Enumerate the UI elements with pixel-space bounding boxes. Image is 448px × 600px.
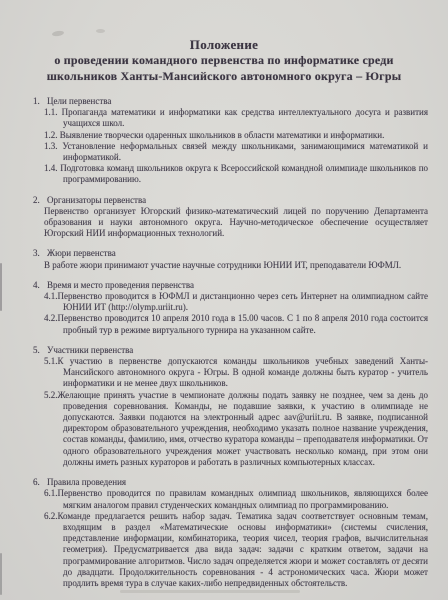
subsection-item: 1.4. Подготовка команд школьников округа… [44, 163, 428, 185]
subsection-text: Желающие принять участие в чемпионате до… [58, 390, 429, 467]
subsection-number: 1.4. [44, 163, 60, 173]
subsection-text: Первенство проводится по правилам команд… [58, 488, 429, 509]
section-2: 2.Организаторы первенстваПервенство орга… [33, 195, 428, 240]
subsection-number: 1.2. [44, 130, 60, 140]
subsection-item: 6.1.Первенство проводится по правилам ко… [44, 488, 428, 510]
section-heading-text: Организаторы первенства [47, 195, 146, 205]
section-heading-text: Цели первенства [47, 96, 111, 106]
section-4: 4.Время и место проведения первенства4.1… [33, 280, 428, 336]
subsection-number: 4.2. [44, 313, 58, 323]
section-heading: 3.Жюри первенства [33, 248, 428, 259]
section-1: 1.Цели первенства1.1. Пропаганда математ… [33, 96, 428, 186]
section-heading: 5.Участники первенства [33, 345, 428, 356]
section-heading-text: Жюри первенства [47, 248, 116, 258]
section-heading: 2.Организаторы первенства [33, 195, 428, 206]
section-heading-text: Время и место проведения первенства [47, 280, 194, 290]
subsection-text: Пропаганда математики и информатики как … [62, 107, 428, 128]
section-3: 3.Жюри первенстваВ работе жюри принимают… [33, 248, 428, 270]
section-number: 2. [33, 195, 47, 206]
subsection-item: 5.2.Желающие принять участие в чемпионат… [44, 390, 428, 468]
subsection-item: 5.1.К участию в первенстве допускаются к… [44, 356, 428, 390]
subsection-text: Выявление творчески одаренных школьников… [60, 130, 385, 140]
scanned-document-page: Положение о проведении командного первен… [0, 0, 448, 600]
section-heading: 6.Правила проведения [33, 477, 428, 488]
section-5: 5.Участники первенства5.1.К участию в пе… [33, 345, 428, 468]
subsection-text: Команде предлагается решить набор задач.… [58, 511, 429, 588]
section-heading: 1.Цели первенства [33, 96, 428, 107]
subsection-item: 1.3. Установление неформальных связей ме… [44, 141, 428, 163]
subsection-item: 4.2.Первенство проводится 10 апреля 2010… [44, 313, 428, 335]
subsection-number: 1.3. [44, 141, 62, 151]
section-number: 1. [33, 96, 47, 107]
subsection-item: 1.1. Пропаганда математики и информатики… [44, 107, 428, 129]
section-heading: 4.Время и место проведения первенства [33, 280, 428, 291]
document-title: Положение о проведении командного первен… [0, 0, 448, 84]
subsection-text: Первенство проводится в ЮФМЛ и дистанцио… [58, 291, 429, 312]
section-paragraph: Первенство организует Югорский физико-ма… [44, 206, 428, 240]
scan-edge-mark [0, 553, 2, 595]
section-number: 3. [33, 248, 47, 259]
title-line-3: школьников Ханты-Мансийского автономного… [0, 69, 448, 85]
document-body: 1.Цели первенства1.1. Пропаганда математ… [33, 96, 428, 589]
subsection-item: 6.2.Команде предлагается решить набор за… [44, 511, 428, 589]
subsection-item: 1.2. Выявление творчески одаренных школь… [44, 130, 428, 141]
section-6: 6.Правила проведения6.1.Первенство прово… [33, 477, 428, 589]
section-number: 6. [33, 477, 47, 488]
section-number: 5. [33, 345, 47, 356]
scan-smudge [120, 590, 300, 593]
title-line-2: о проведении командного первенства по ин… [0, 53, 448, 69]
subsection-item: 4.1.Первенство проводится в ЮФМЛ и диста… [44, 291, 428, 313]
subsection-number: 5.1. [44, 356, 58, 366]
subsection-number: 5.2. [44, 390, 58, 400]
section-heading-text: Участники первенства [47, 345, 133, 355]
section-paragraph: В работе жюри принимают участие научные … [44, 260, 428, 271]
subsection-text: Подготовка команд школьников округа к Вс… [60, 163, 428, 184]
subsection-text: Установление неформальных связей между ш… [62, 141, 428, 162]
subsection-number: 6.1. [44, 488, 58, 498]
subsection-number: 4.1. [44, 291, 58, 301]
subsection-text: К участию в первенстве допускаются коман… [58, 356, 429, 388]
section-heading-text: Правила проведения [47, 477, 126, 487]
title-line-1: Положение [0, 36, 448, 53]
section-number: 4. [33, 280, 47, 291]
scan-edge-mark [0, 263, 2, 311]
subsection-number: 1.1. [44, 107, 62, 117]
subsection-number: 6.2. [44, 511, 58, 521]
subsection-text: Первенство проводится 10 апреля 2010 год… [58, 313, 429, 334]
